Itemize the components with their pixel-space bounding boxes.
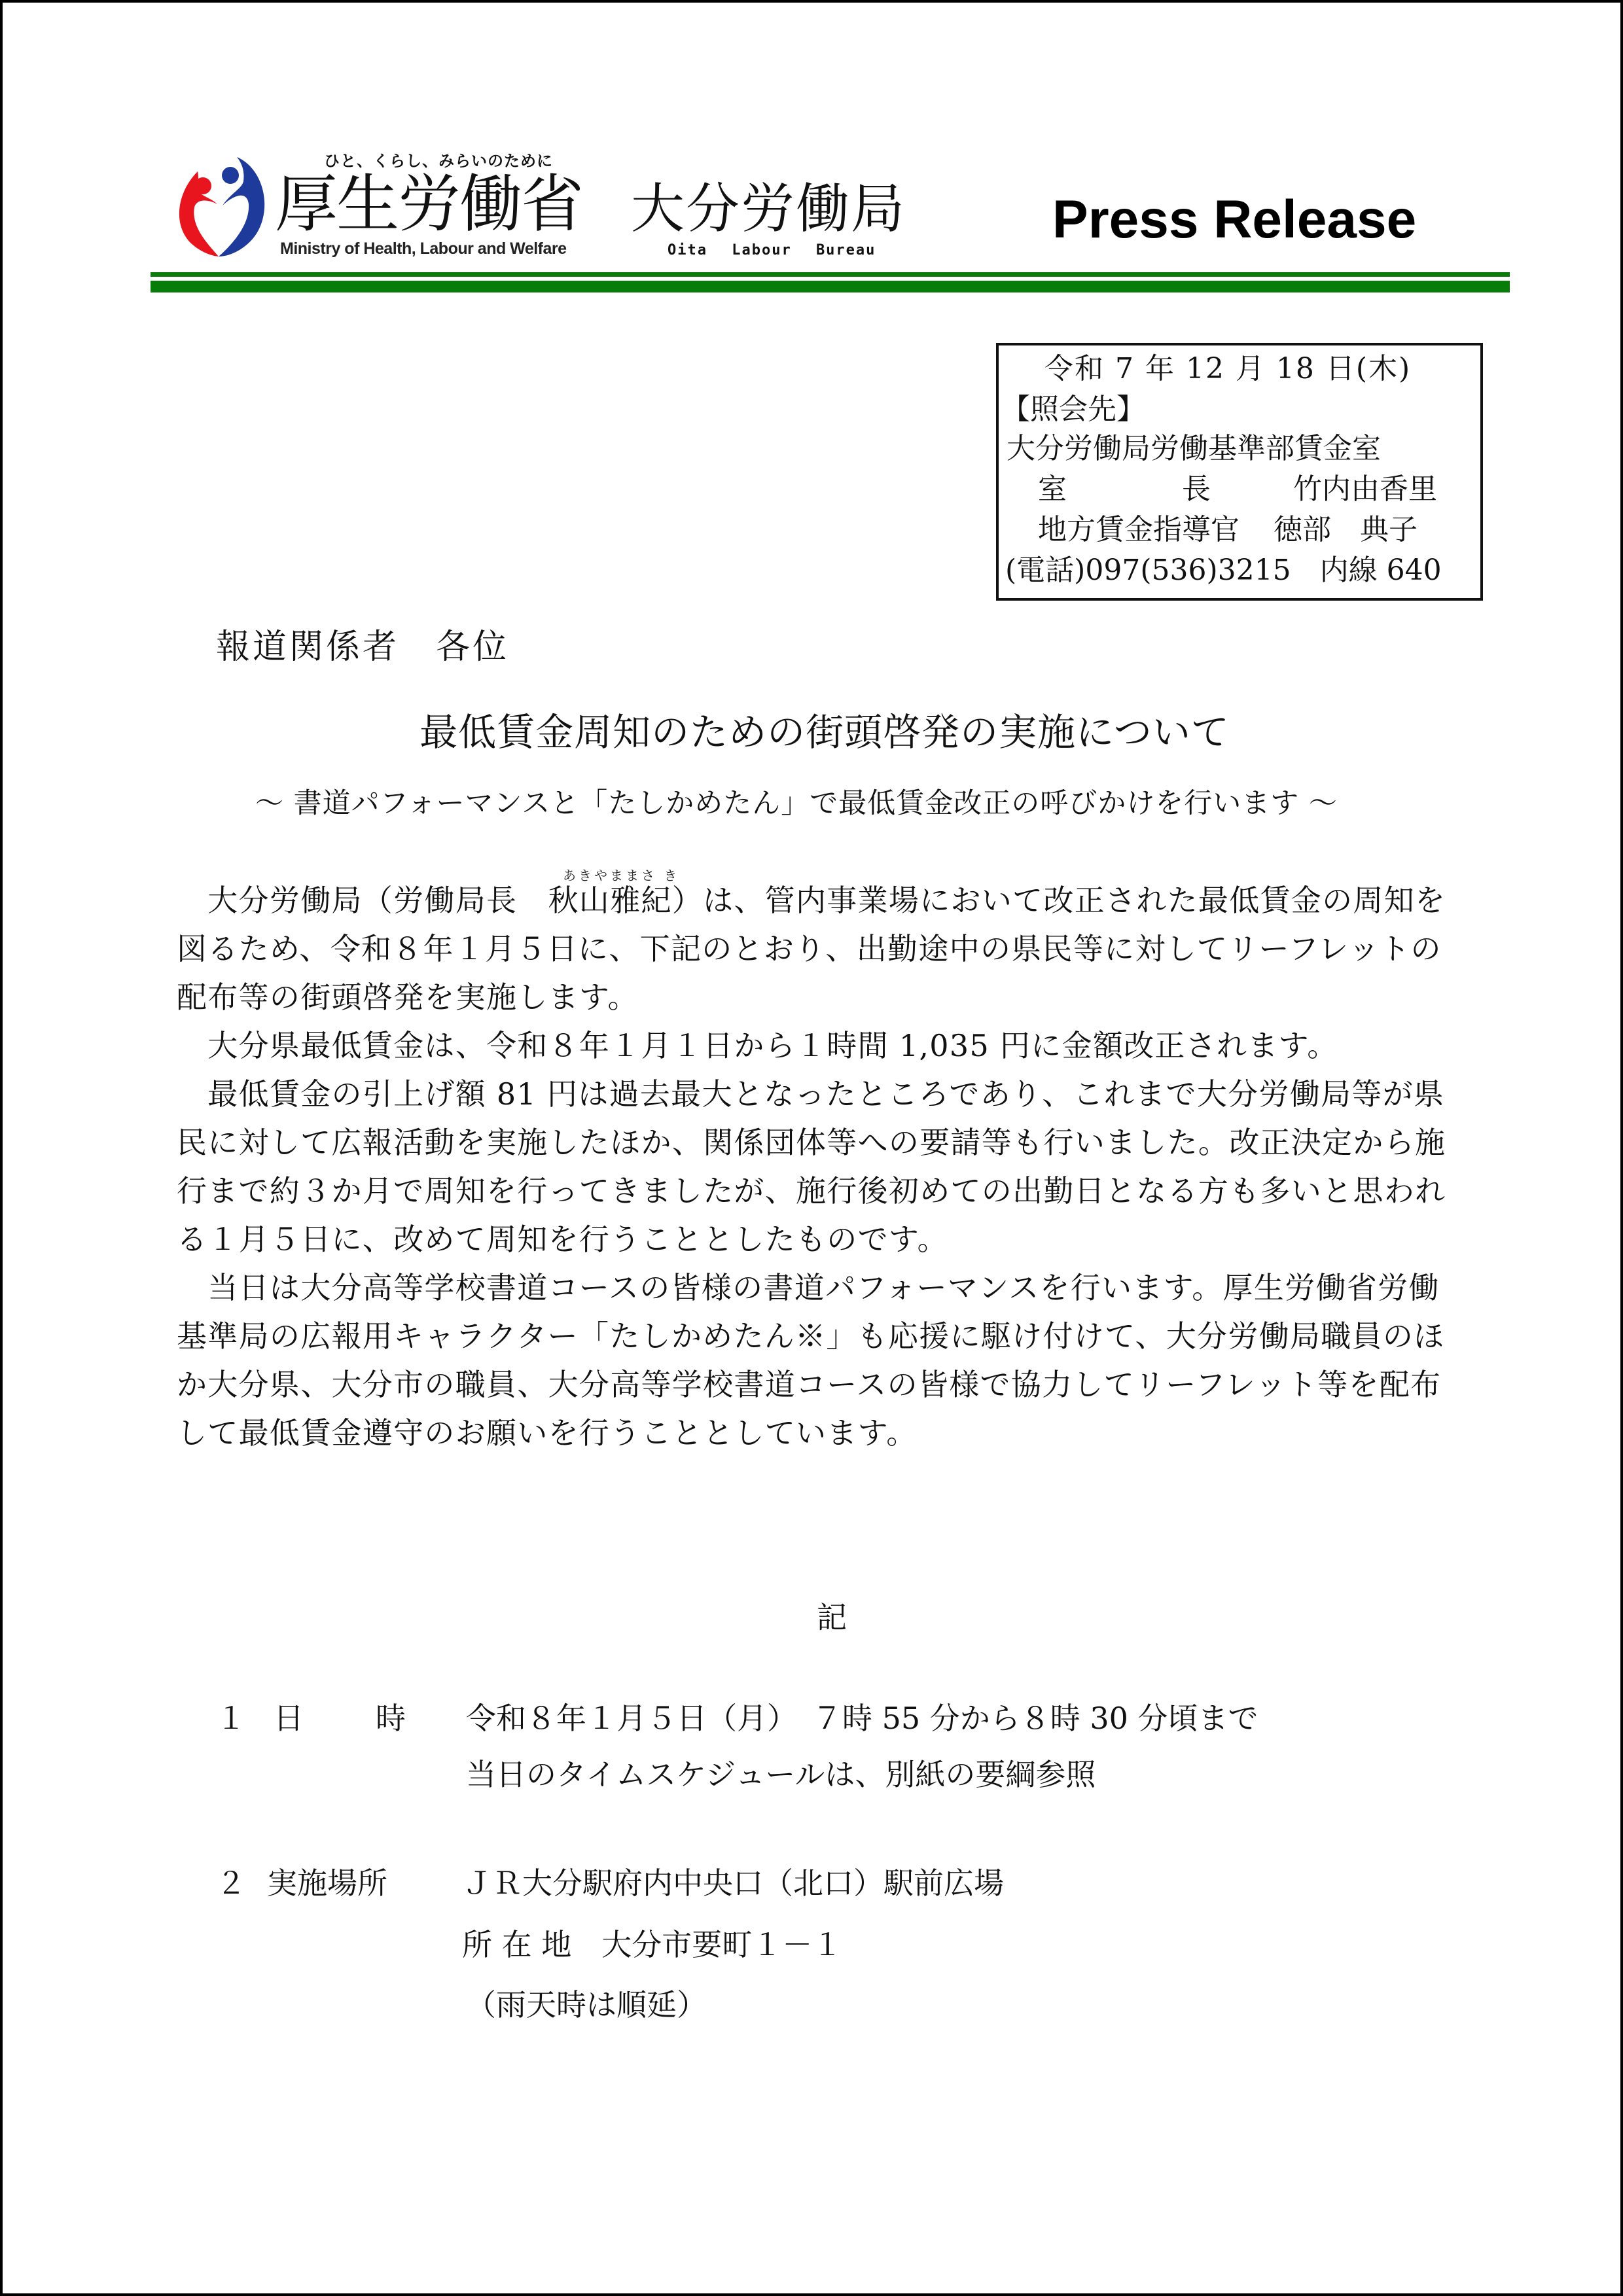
bureau-name: 大分労働局 (631, 181, 906, 238)
bureau-name-en: Oita Labour Bureau (668, 242, 876, 258)
ki-heading: 記 (817, 1594, 847, 1637)
item-number: １ (216, 1699, 246, 1738)
ministry-name-en: Ministry of Health, Labour and Welfare (280, 239, 567, 258)
paragraph-line: 民に対して広報活動を実施したほか、関係団体等への要請等も行いました。改正決定から… (177, 1123, 1446, 1162)
item-detail: ＪＲ大分駅府内中央口（北口）駅前広場 (462, 1863, 1004, 1903)
paragraph-line: 最低賃金の引上げ額 81 円は過去最大となったところであり、これまで大分労働局等… (177, 1074, 1444, 1114)
addressee: 報道関係者 各位 (216, 619, 509, 668)
paragraph-line: して最低賃金遵守のお願いを行うこととしています。 (177, 1413, 918, 1453)
ministry-name: 厚生労働省 (275, 171, 582, 237)
header-rule-thick (151, 281, 1510, 292)
item-detail: 所 在 地 大分市要町１－１ (462, 1925, 842, 1964)
officer-name: 徳部 典子 (1274, 512, 1418, 548)
paragraph-line: 行まで約３か月で周知を行ってきましたが、施行後初めての出勤日となる方も多いと思わ… (177, 1171, 1446, 1210)
release-date: 令和 7 年 12 月 18 日(木) (1044, 351, 1411, 387)
item-label: 実施場所 (267, 1863, 387, 1903)
paragraph-line: か大分県、大分市の職員、大分高等学校書道コースの皆様で協力してリーフレット等を配… (177, 1365, 1441, 1404)
officer-title: 地方賃金指導官 (1038, 512, 1240, 548)
contact-department: 大分労働局労働基準部賃金室 (1007, 431, 1381, 467)
item-detail: （雨天時は順延） (466, 1985, 707, 2024)
contact-box: 令和 7 年 12 月 18 日(木) 【照会先】 大分労働局労働基準部賃金室 … (996, 343, 1483, 601)
contact-phone: (電話)097(536)3215 内線 640 (1005, 552, 1442, 589)
paragraph-line: 配布等の街頭啓発を実施します。 (177, 978, 639, 1017)
paragraph-line: 大分労働局（労働局長 秋山雅紀）は、管内事業場において改正された最低賃金の周知を (177, 881, 1446, 920)
item-detail: 令和８年１月５日（月） ７時 55 分から８時 30 分頃まで (466, 1699, 1258, 1738)
mhlw-heart-logo-icon (171, 152, 270, 263)
contact-label: 【照会先】 (1001, 391, 1145, 428)
item-detail: 当日のタイムスケジュールは、別紙の要綱参照 (466, 1755, 1096, 1794)
item-number: ２ (216, 1863, 246, 1903)
document-subtitle: ～ 書道パフォーマンスと「たしかめたん」で最低賃金改正の呼びかけを行います ～ (255, 781, 1338, 821)
paragraph-line: 図るため、令和８年１月５日に、下記のとおり、出勤途中の県民等に対してリーフレット… (177, 929, 1442, 968)
paragraph-line: る１月５日に、改めて周知を行うこととしたものです。 (177, 1220, 948, 1259)
paragraph-line: 当日は大分高等学校書道コースの皆様の書道パフォーマンスを行います。厚生労働省労働 (177, 1268, 1440, 1307)
item-label: 日 時 (274, 1699, 410, 1738)
chief-title: 室 長 (1038, 471, 1211, 508)
document-title: 最低賃金周知のための街頭啓発の実施について (0, 701, 1623, 756)
press-release-heading: Press Release (1052, 188, 1416, 251)
chief-name: 竹内由香里 (1293, 471, 1437, 508)
paragraph-line: 大分県最低賃金は、令和８年１月１日から１時間 1,035 円に金額改正されます。 (177, 1026, 1338, 1065)
paragraph-line: 基準局の広報用キャラクター「たしかめたん※」も応援に駆け付けて、大分労働局職員の… (177, 1316, 1444, 1356)
header-rule-thin (151, 272, 1510, 277)
